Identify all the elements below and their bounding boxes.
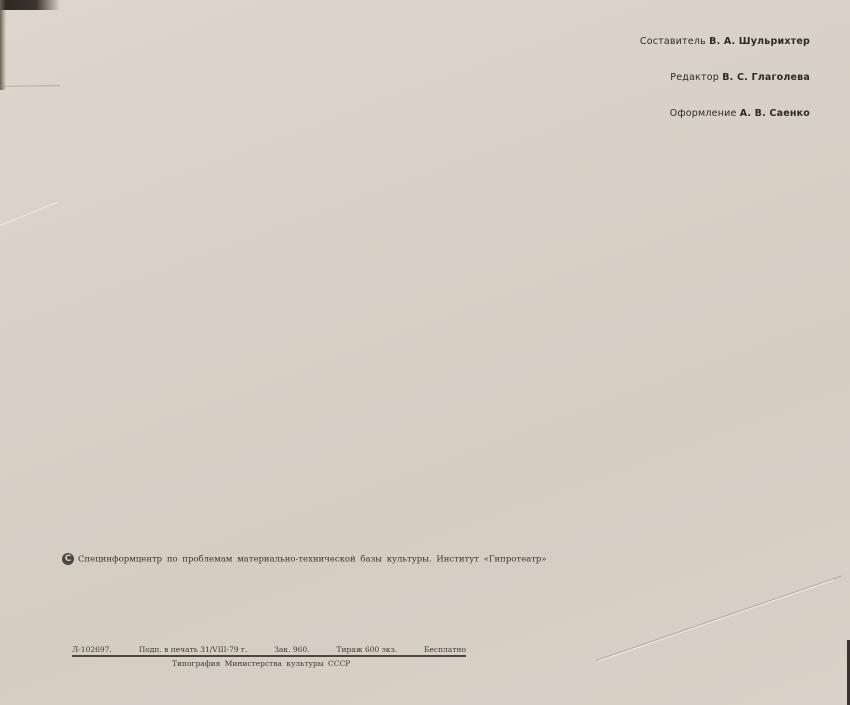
imprint-printer: Типография Министерства культуры СССР [72,659,466,668]
imprint-code: Л-102697. [72,645,112,654]
copyright-text: Специнформцентр по проблемам материально… [78,555,547,565]
imprint-signed-date: Подп. в печать 31/VIII-79 г. [139,645,248,654]
document-page: Составитель В. А. Шульрихтер Редактор В.… [0,0,850,705]
credit-role: Составитель [640,36,706,47]
copyright-notice: CСпецинформцентр по проблемам материальн… [62,553,547,565]
imprint-price: Бесплатно [424,645,466,654]
paper-crease [0,202,58,226]
credit-design: Оформление А. В. Саенко [640,108,810,144]
imprint-details: Л-102697. Подп. в печать 31/VIII-79 г. З… [72,645,466,655]
credit-name: А. В. Саенко [740,108,810,119]
imprint-block: Л-102697. Подп. в печать 31/VIII-79 г. З… [72,645,466,668]
credits-block: Составитель В. А. Шульрихтер Редактор В.… [640,36,810,144]
imprint-print-run: Тираж 600 экз. [336,645,397,654]
page-left-edge [0,0,6,90]
paper-crease [0,85,60,87]
credit-role: Оформление [670,108,737,119]
credit-editor: Редактор В. С. Глаголева [640,72,810,108]
imprint-order: Зак. 960. [274,645,309,654]
copyright-icon: C [62,553,74,565]
page-corner-shadow [0,0,60,10]
paper-crease [597,580,834,662]
credit-compiler: Составитель В. А. Шульрихтер [640,36,810,72]
credit-name: В. А. Шульрихтер [709,36,810,47]
credit-name: В. С. Глаголева [722,72,810,83]
imprint-divider [72,655,466,657]
credit-role: Редактор [670,72,719,83]
